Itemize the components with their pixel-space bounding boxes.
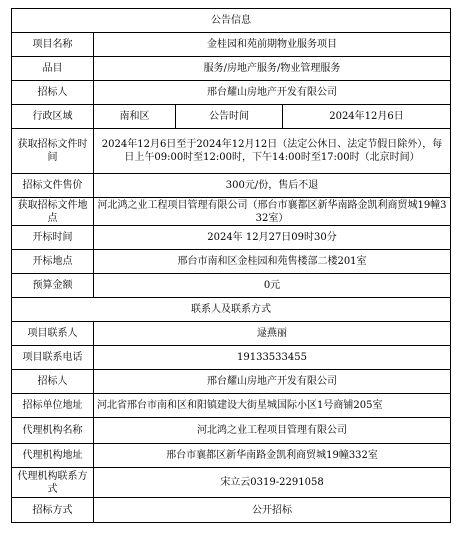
field-value: 逯燕丽 [94,322,451,346]
row-budget: 预算金额 0元 [12,274,451,298]
field-value: 19133533455 [94,346,451,370]
field-value: 邢台耀山房地产开发有限公司 [94,81,451,105]
row-category: 品目 服务/房地产服务/物业管理服务 [12,57,451,81]
row-doc-place: 获取招标文件地点 河北鸿之业工程项目管理有限公司（邢台市襄都区新华南路金凯利商贸… [12,198,451,226]
field-label: 获取招标文件时间 [12,129,94,174]
row-open-place: 开标地点 邢台市南和区金桂园和苑售楼部二楼201室 [12,250,451,274]
row-project-contact: 项目联系人 逯燕丽 [12,322,451,346]
field-value: 南和区 [94,105,176,129]
row-doc-price: 招标文件售价 300元/份，售后不退 [12,174,451,198]
field-value: 河北鸿之业工程项目管理有限公司（邢台市襄都区新华南路金凯利商贸城19幢332室） [94,198,451,226]
row-region: 行政区域 南和区 公告时间 2024年12月6日 [12,105,451,129]
row-bid-method: 招标方式 公开招标 [12,498,451,523]
section-title: 公告信息 [12,9,451,33]
field-label: 品目 [12,57,94,81]
row-agency-name: 代理机构名称 河北鸿之业工程项目管理有限公司 [12,418,451,444]
field-label: 开标地点 [12,250,94,274]
row-open-time: 开标时间 2024年 12月27日09时30分 [12,226,451,250]
field-value: 河北省邢台市南和区和阳镇建设大街星城国际小区1号商铺205室 [94,394,451,418]
field-label: 代理机构名称 [12,418,94,444]
field-label: 招标方式 [12,498,94,523]
field-label: 行政区域 [12,105,94,129]
row-agency-address: 代理机构地址 邢台市襄都区新华南路金凯利商贸城19幢332室 [12,444,451,468]
field-value: 金桂园和苑前期物业服务项目 [94,33,451,57]
row-agency-contact: 代理机构联系方式 宋立云0319-2291058 [12,468,451,498]
field-label: 项目联系人 [12,322,94,346]
field-label: 招标人 [12,370,94,394]
tender-notice-table: 公告信息 项目名称 金桂园和苑前期物业服务项目 品目 服务/房地产服务/物业管理… [11,8,451,523]
field-label: 招标人 [12,81,94,105]
row-project-name: 项目名称 金桂园和苑前期物业服务项目 [12,33,451,57]
field-value: 邢台市襄都区新华南路金凯利商贸城19幢332室 [94,444,451,468]
field-value: 0元 [94,274,451,298]
field-value: 服务/房地产服务/物业管理服务 [94,57,451,81]
section-header-contact-info: 联系人及联系方式 [12,298,451,322]
field-label: 招标单位地址 [12,394,94,418]
field-label: 代理机构地址 [12,444,94,468]
field-label: 获取招标文件地点 [12,198,94,226]
field-label: 招标文件售价 [12,174,94,198]
row-doc-time: 获取招标文件时间 2024年12月6日至于2024年12月12日（法定公休日、法… [12,129,451,174]
field-label: 项目名称 [12,33,94,57]
field-value: 2024年12月6日 [283,105,451,129]
field-value: 邢台市南和区金桂园和苑售楼部二楼201室 [94,250,451,274]
row-project-phone: 项目联系电话 19133533455 [12,346,451,370]
row-tenderer-address: 招标单位地址 河北省邢台市南和区和阳镇建设大街星城国际小区1号商铺205室 [12,394,451,418]
field-label: 项目联系电话 [12,346,94,370]
row-tenderer: 招标人 邢台耀山房地产开发有限公司 [12,81,451,105]
field-value: 300元/份，售后不退 [94,174,451,198]
field-value: 2024年12月6日至于2024年12月12日（法定公休日、法定节假日除外），每… [94,129,451,174]
field-value: 公开招标 [94,498,451,523]
field-label: 开标时间 [12,226,94,250]
field-label: 公告时间 [176,105,283,129]
field-value: 宋立云0319-2291058 [94,468,451,498]
field-label: 预算金额 [12,274,94,298]
field-value: 邢台耀山房地产开发有限公司 [94,370,451,394]
section-header-notice-info: 公告信息 [12,9,451,33]
section-title: 联系人及联系方式 [12,298,451,322]
row-contact-tenderer: 招标人 邢台耀山房地产开发有限公司 [12,370,451,394]
field-value: 2024年 12月27日09时30分 [94,226,451,250]
field-value: 河北鸿之业工程项目管理有限公司 [94,418,451,444]
field-label: 代理机构联系方式 [12,468,94,498]
